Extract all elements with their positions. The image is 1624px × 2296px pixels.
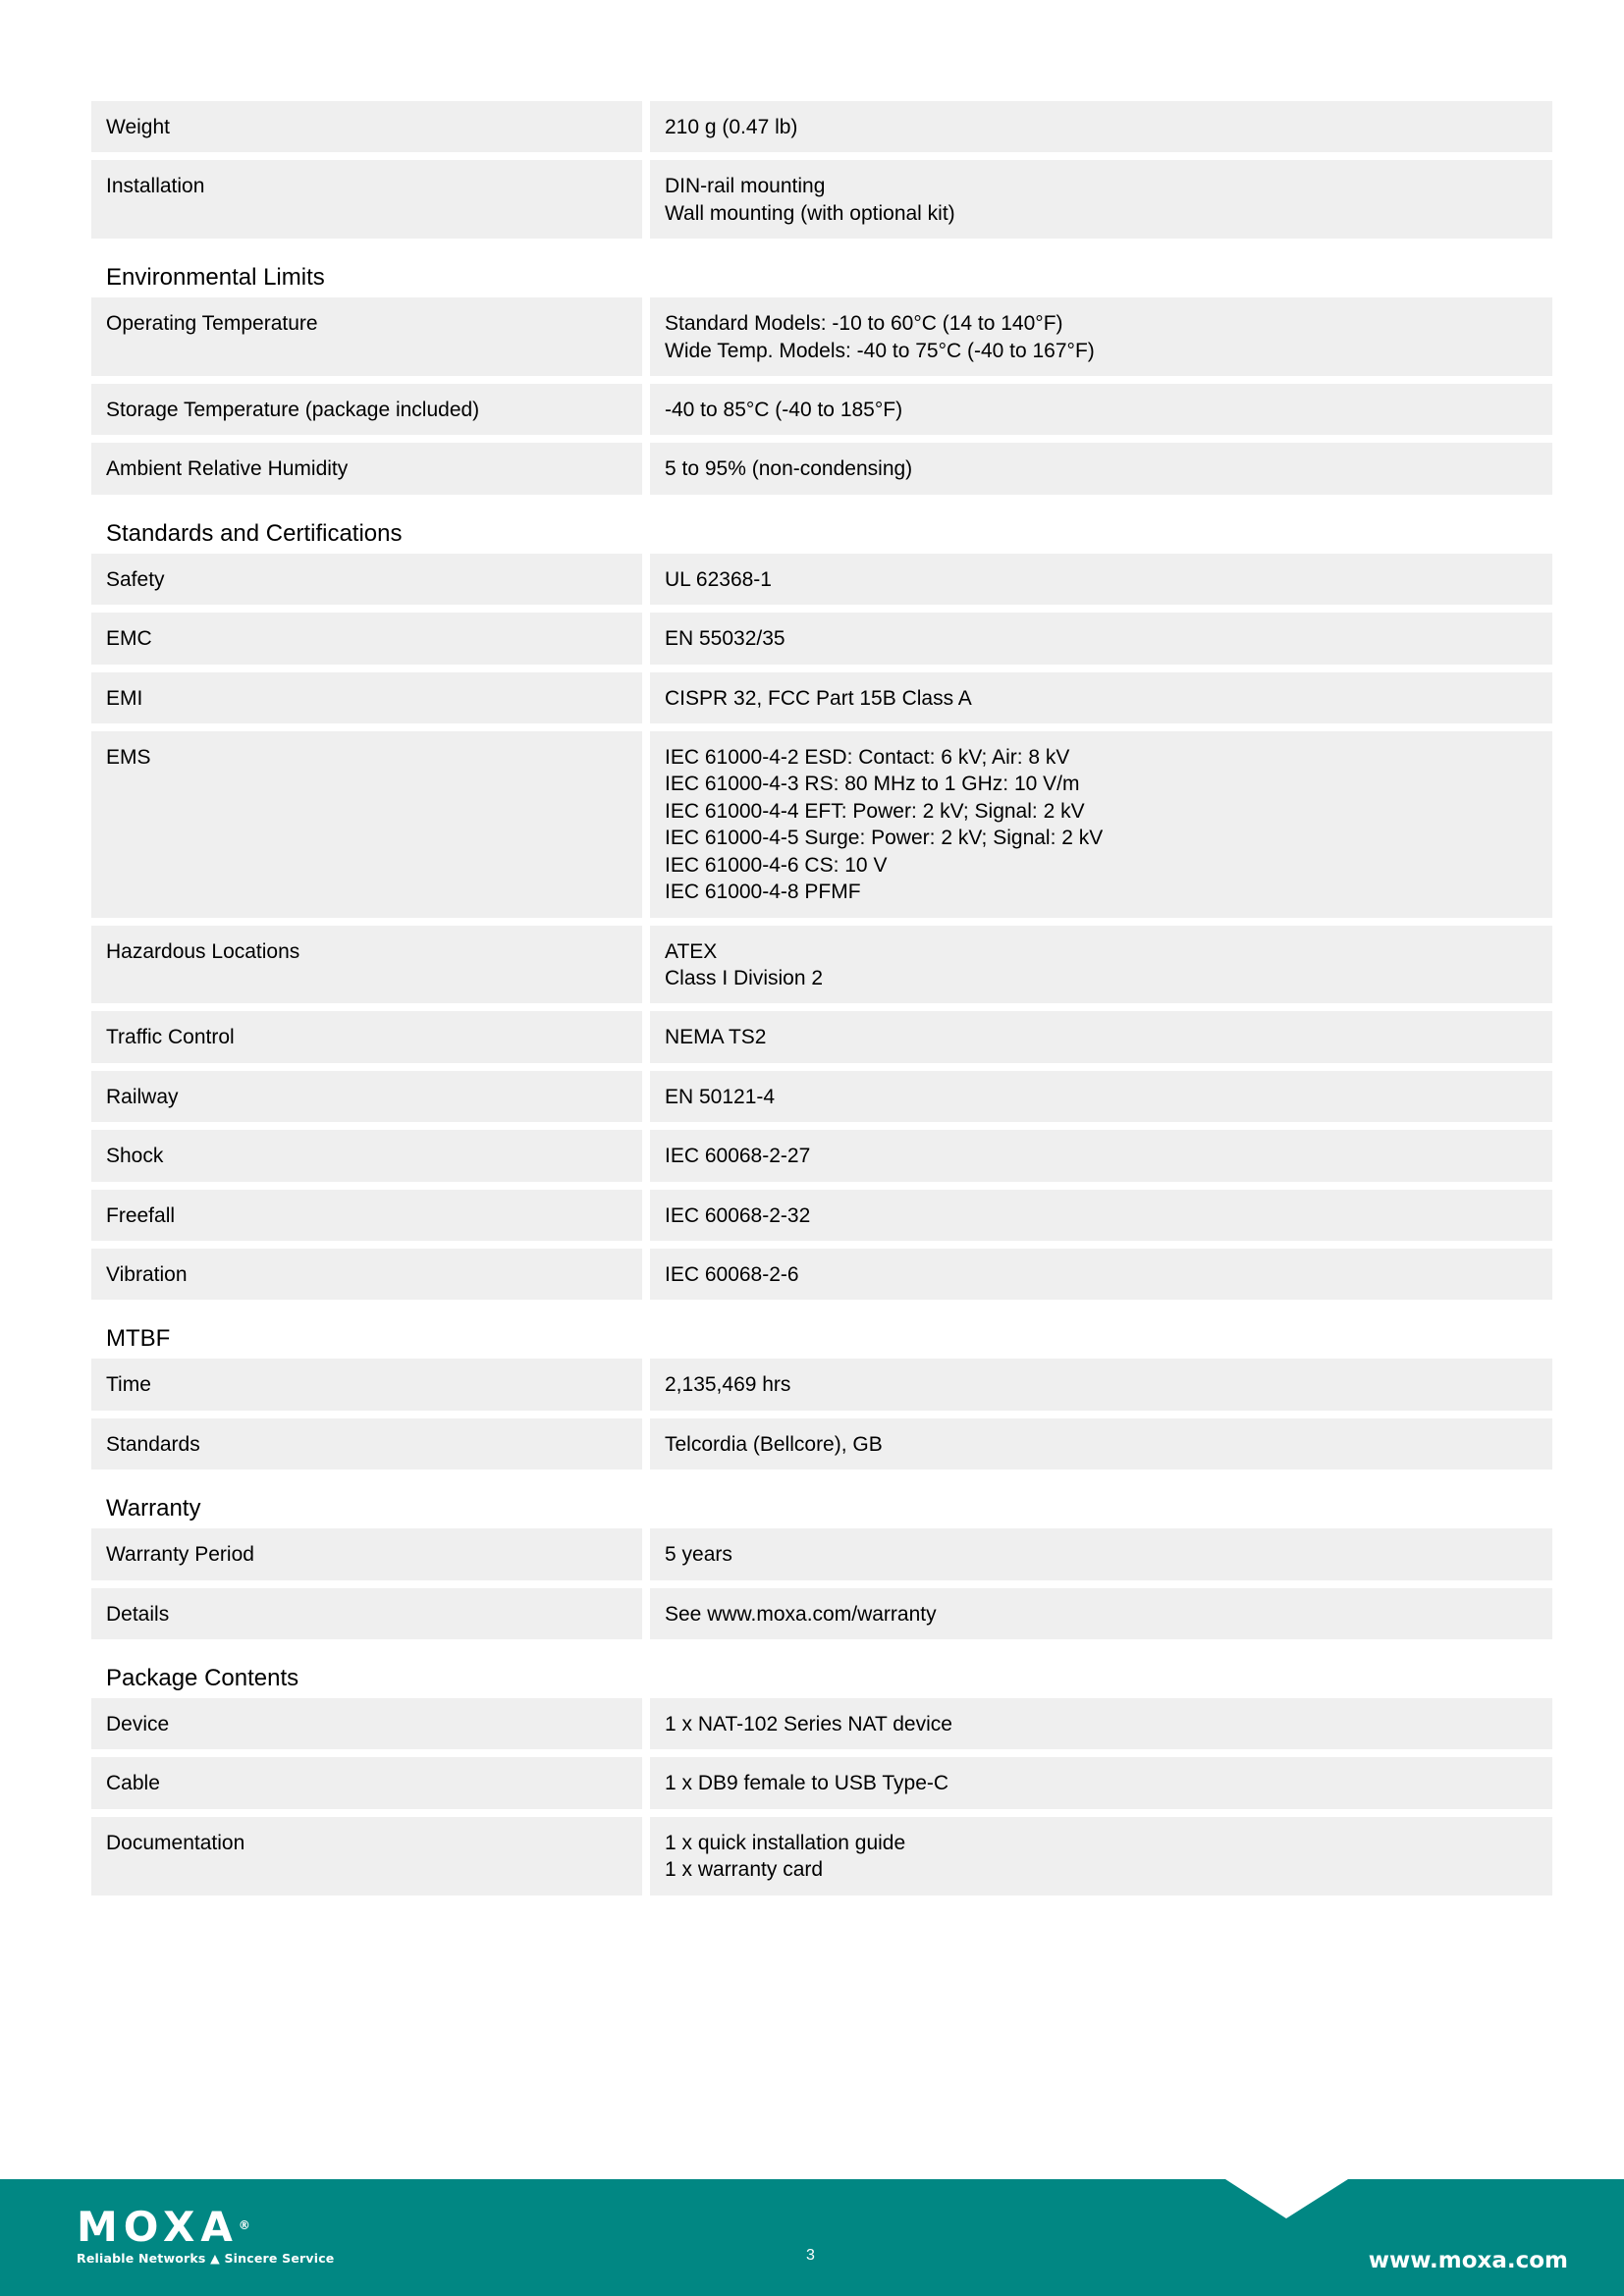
spec-label: Shock: [91, 1130, 642, 1181]
spec-value-line: IEC 61000-4-2 ESD: Contact: 6 kV; Air: 8…: [665, 744, 1538, 771]
spec-row: EMICISPR 32, FCC Part 15B Class A: [91, 672, 1552, 723]
spec-row: Traffic ControlNEMA TS2: [91, 1011, 1552, 1062]
spec-row: SafetyUL 62368-1: [91, 554, 1552, 605]
spec-value-line: Standard Models: -10 to 60°C (14 to 140°…: [665, 310, 1538, 337]
spec-value: 1 x quick installation guide1 x warranty…: [650, 1817, 1552, 1896]
spec-value: EN 50121-4: [650, 1071, 1552, 1122]
spec-label: Freefall: [91, 1190, 642, 1241]
spec-label: Safety: [91, 554, 642, 605]
spec-value-line: IEC 61000-4-8 PFMF: [665, 879, 1538, 905]
spec-value-line: DIN-rail mounting: [665, 173, 1538, 199]
spec-label: Railway: [91, 1071, 642, 1122]
spec-value: 1 x DB9 female to USB Type-C: [650, 1757, 1552, 1808]
spec-value-line: IEC 60068-2-27: [665, 1143, 1538, 1169]
spec-value: EN 55032/35: [650, 613, 1552, 664]
spec-value: 5 years: [650, 1528, 1552, 1579]
spec-value: CISPR 32, FCC Part 15B Class A: [650, 672, 1552, 723]
spec-value-line: IEC 61000-4-4 EFT: Power: 2 kV; Signal: …: [665, 798, 1538, 825]
spec-label: Warranty Period: [91, 1528, 642, 1579]
spec-row: StandardsTelcordia (Bellcore), GB: [91, 1418, 1552, 1469]
spec-row: ShockIEC 60068-2-27: [91, 1130, 1552, 1181]
spec-row: Hazardous LocationsATEXClass I Division …: [91, 926, 1552, 1004]
spec-value: IEC 60068-2-6: [650, 1249, 1552, 1300]
spec-value-line: UL 62368-1: [665, 566, 1538, 593]
spec-row: Cable1 x DB9 female to USB Type-C: [91, 1757, 1552, 1808]
spec-value: 2,135,469 hrs: [650, 1359, 1552, 1410]
spec-label: Operating Temperature: [91, 297, 642, 376]
spec-label: Installation: [91, 160, 642, 239]
spec-label: Weight: [91, 101, 642, 152]
spec-value: IEC 60068-2-32: [650, 1190, 1552, 1241]
spec-label: EMI: [91, 672, 642, 723]
spec-label: EMC: [91, 613, 642, 664]
spec-value-line: 1 x DB9 female to USB Type-C: [665, 1770, 1538, 1796]
spec-row: Warranty Period5 years: [91, 1528, 1552, 1579]
spec-value: IEC 60068-2-27: [650, 1130, 1552, 1181]
section-heading: Standards and Certifications: [91, 503, 1552, 554]
spec-label: Hazardous Locations: [91, 926, 642, 1004]
spec-row: RailwayEN 50121-4: [91, 1071, 1552, 1122]
spec-value-line: 2,135,469 hrs: [665, 1371, 1538, 1398]
spec-value-line: 1 x NAT-102 Series NAT device: [665, 1711, 1538, 1737]
spec-value-line: IEC 60068-2-6: [665, 1261, 1538, 1288]
spec-value: 5 to 95% (non-condensing): [650, 443, 1552, 494]
spec-value-line: See www.moxa.com/warranty: [665, 1601, 1538, 1628]
footer-notch-decoration: [1225, 2179, 1348, 2218]
spec-label: Cable: [91, 1757, 642, 1808]
spec-value-line: Wall mounting (with optional kit): [665, 200, 1538, 227]
spec-row: Ambient Relative Humidity5 to 95% (non-c…: [91, 443, 1552, 494]
spec-value-line: Wide Temp. Models: -40 to 75°C (-40 to 1…: [665, 338, 1538, 364]
spec-label: Documentation: [91, 1817, 642, 1896]
section-heading: Package Contents: [91, 1647, 1552, 1698]
spec-value-line: Class I Division 2: [665, 965, 1538, 991]
spec-label: Storage Temperature (package included): [91, 384, 642, 435]
page-footer: MOXA® Reliable Networks ▲ Sincere Servic…: [0, 2179, 1624, 2296]
logo-wordmark: MOXA®: [77, 2209, 335, 2246]
spec-value-line: CISPR 32, FCC Part 15B Class A: [665, 685, 1538, 712]
spec-row: Operating TemperatureStandard Models: -1…: [91, 297, 1552, 376]
spec-row: EMCEN 55032/35: [91, 613, 1552, 664]
spec-value-line: -40 to 85°C (-40 to 185°F): [665, 397, 1538, 423]
spec-label: Details: [91, 1588, 642, 1639]
spec-label: Vibration: [91, 1249, 642, 1300]
spec-value: ATEXClass I Division 2: [650, 926, 1552, 1004]
spec-value: 210 g (0.47 lb): [650, 101, 1552, 152]
spec-row: FreefallIEC 60068-2-32: [91, 1190, 1552, 1241]
spec-value-line: IEC 61000-4-3 RS: 80 MHz to 1 GHz: 10 V/…: [665, 771, 1538, 797]
spec-value: See www.moxa.com/warranty: [650, 1588, 1552, 1639]
spec-value-line: EN 50121-4: [665, 1084, 1538, 1110]
spec-value-line: EN 55032/35: [665, 625, 1538, 652]
spec-value: Telcordia (Bellcore), GB: [650, 1418, 1552, 1469]
spec-value-line: IEC 60068-2-32: [665, 1202, 1538, 1229]
spec-value-line: 210 g (0.47 lb): [665, 114, 1538, 140]
spec-row: InstallationDIN-rail mountingWall mounti…: [91, 160, 1552, 239]
section-heading: MTBF: [91, 1308, 1552, 1359]
spec-value-line: IEC 61000-4-5 Surge: Power: 2 kV; Signal…: [665, 825, 1538, 851]
spec-value-line: IEC 61000-4-6 CS: 10 V: [665, 852, 1538, 879]
spec-label: Ambient Relative Humidity: [91, 443, 642, 494]
spec-value-line: 5 years: [665, 1541, 1538, 1568]
section-heading: Environmental Limits: [91, 246, 1552, 297]
spec-row: Time2,135,469 hrs: [91, 1359, 1552, 1410]
spec-label: Device: [91, 1698, 642, 1749]
spec-value-line: 1 x warranty card: [665, 1856, 1538, 1883]
logo-text: MOXA: [77, 2203, 239, 2251]
spec-row: DetailsSee www.moxa.com/warranty: [91, 1588, 1552, 1639]
spec-row: Documentation1 x quick installation guid…: [91, 1817, 1552, 1896]
spec-label: Time: [91, 1359, 642, 1410]
spec-value: DIN-rail mountingWall mounting (with opt…: [650, 160, 1552, 239]
spec-value-line: 5 to 95% (non-condensing): [665, 455, 1538, 482]
spec-value: UL 62368-1: [650, 554, 1552, 605]
spec-row: EMSIEC 61000-4-2 ESD: Contact: 6 kV; Air…: [91, 731, 1552, 917]
website-link[interactable]: www.moxa.com: [1369, 2248, 1568, 2273]
spec-value: IEC 61000-4-2 ESD: Contact: 6 kV; Air: 8…: [650, 731, 1552, 917]
spec-table: Weight210 g (0.47 lb)InstallationDIN-rai…: [91, 101, 1552, 1903]
spec-label: Traffic Control: [91, 1011, 642, 1062]
spec-value-line: 1 x quick installation guide: [665, 1830, 1538, 1856]
spec-value-line: NEMA TS2: [665, 1024, 1538, 1050]
spec-row: VibrationIEC 60068-2-6: [91, 1249, 1552, 1300]
page-number: 3: [806, 2247, 815, 2265]
registered-mark-icon: ®: [239, 2218, 250, 2232]
spec-row: Weight210 g (0.47 lb): [91, 101, 1552, 152]
logo-tagline: Reliable Networks ▲ Sincere Service: [77, 2251, 335, 2266]
spec-value-line: ATEX: [665, 938, 1538, 965]
spec-value: 1 x NAT-102 Series NAT device: [650, 1698, 1552, 1749]
section-heading: Warranty: [91, 1477, 1552, 1528]
spec-row: Storage Temperature (package included)-4…: [91, 384, 1552, 435]
spec-value: Standard Models: -10 to 60°C (14 to 140°…: [650, 297, 1552, 376]
spec-value-line: Telcordia (Bellcore), GB: [665, 1431, 1538, 1458]
spec-value: -40 to 85°C (-40 to 185°F): [650, 384, 1552, 435]
spec-value: NEMA TS2: [650, 1011, 1552, 1062]
spec-row: Device1 x NAT-102 Series NAT device: [91, 1698, 1552, 1749]
spec-label: Standards: [91, 1418, 642, 1469]
spec-label: EMS: [91, 731, 642, 917]
moxa-logo: MOXA® Reliable Networks ▲ Sincere Servic…: [77, 2209, 335, 2266]
